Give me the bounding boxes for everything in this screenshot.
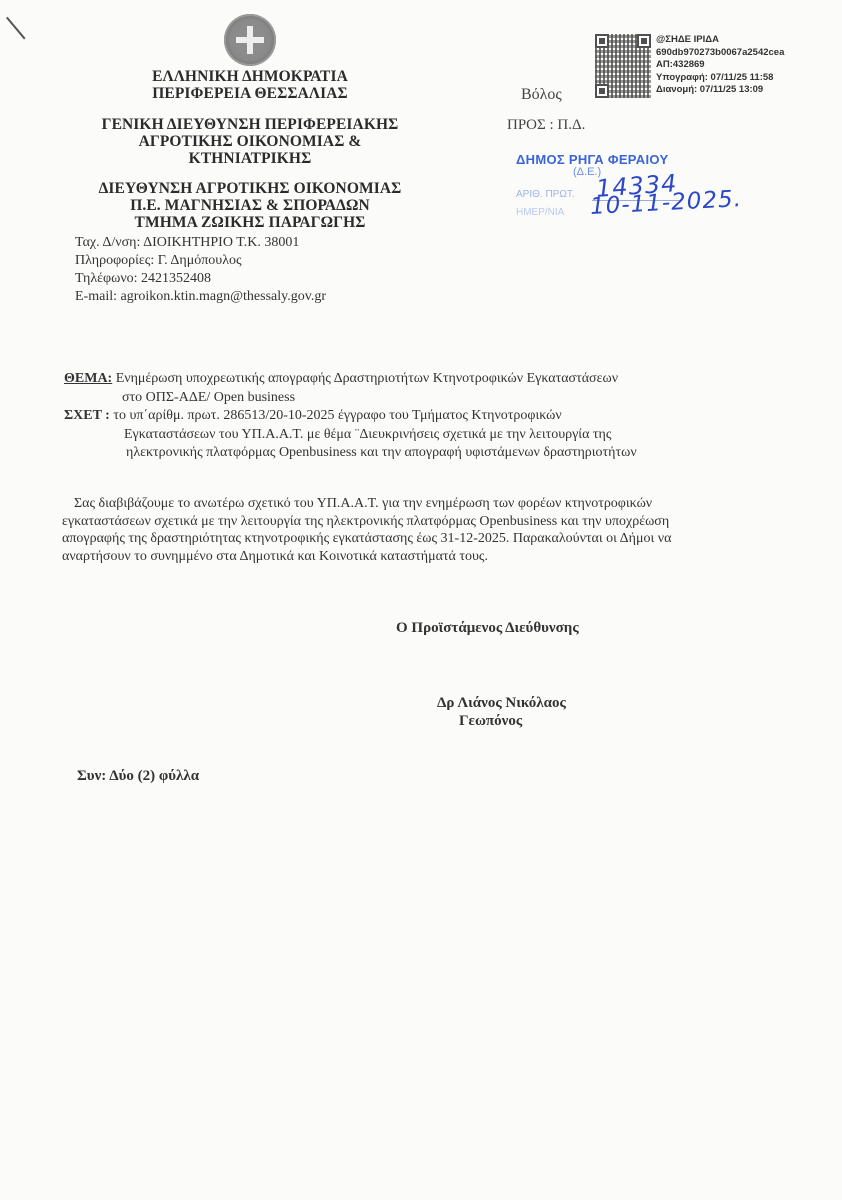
signatory-role: Γεωπόνος (459, 713, 522, 730)
letterhead-line: ΤΜΗΜΑ ΖΩΙΚΗΣ ΠΑΡΑΓΩΓΗΣ (50, 214, 450, 231)
contact-email: E-mail: agroikon.ktin.magn@thessaly.gov.… (75, 288, 326, 306)
reference-row: ΣΧΕΤ : το υπ΄αρίθμ. πρωτ. 286513/20-10-2… (64, 407, 637, 426)
letterhead-state: ΕΛΛΗΝΙΚΗ ΔΗΜΟΚΡΑΤΙΑ ΠΕΡΙΦΕΡΕΙΑ ΘΕΣΣΑΛΙΑΣ (100, 68, 400, 102)
enclosures: Συν: Δύο (2) φύλλα (77, 768, 199, 785)
received-stamp-date-label: ΗΜΕΡ/ΝΙΑ (516, 207, 564, 218)
letterhead-line: ΓΕΝΙΚΗ ΔΙΕΥΘΥΝΣΗ ΠΕΡΙΦΕΡΕΙΑΚΗΣ (50, 116, 450, 133)
body-line: απογραφής της δραστηριότητας κτηνοτροφικ… (62, 530, 797, 548)
signatory-name: Δρ Λιάνος Νικόλαος (437, 695, 566, 712)
received-stamp-title: ΔΗΜΟΣ ΡΗΓΑ ΦΕΡΑΙΟΥ (516, 152, 668, 167)
reference-text: Εγκαταστάσεων του ΥΠ.Α.Α.Τ. με θέμα ¨Διε… (124, 427, 611, 442)
reference-text: ηλεκτρονικής πλατφόρμας Openbusiness και… (126, 445, 637, 460)
reference-row: ηλεκτρονικής πλατφόρμας Openbusiness και… (64, 444, 637, 463)
letterhead-line: ΔΙΕΥΘΥΝΣΗ ΑΓΡΟΤΙΚΗΣ ΟΙΚΟΝΟΜΙΑΣ (50, 180, 450, 197)
letterhead-general-directorate: ΓΕΝΙΚΗ ΔΙΕΥΘΥΝΣΗ ΠΕΡΙΦΕΡΕΙΑΚΗΣ ΑΓΡΟΤΙΚΗΣ… (50, 116, 450, 167)
body-line: αναρτήσουν το συνημμένο στα Δημοτικά και… (62, 548, 797, 566)
reference-row: Εγκαταστάσεων του ΥΠ.Α.Α.Τ. με θέμα ¨Διε… (64, 426, 637, 445)
iris-hash: 690db970273b0067a2542cea (656, 47, 784, 60)
letterhead-line: Π.Ε. ΜΑΓΝΗΣΙΑΣ & ΣΠΟΡΑΔΩΝ (50, 197, 450, 214)
signatory-title: Ο Προϊστάμενος Διεύθυνσης (396, 620, 579, 637)
contact-phone: Τηλέφωνο: 2421352408 (75, 270, 326, 288)
theme-label: ΘΕΜΑ: (64, 371, 112, 386)
received-stamp-protocol-label: ΑΡΙΘ. ΠΡΩΤ. (516, 189, 575, 200)
place: Βόλος (521, 86, 562, 104)
iris-signature-date: Υπογραφή: 07/11/25 11:58 (656, 72, 784, 85)
subject-block: ΘΕΜΑ: Ενημέρωση υποχρεωτικής απογραφής Δ… (64, 370, 637, 463)
iris-stamp: @ΣΗΔΕ ΙΡΙΔΑ 690db970273b0067a2542cea ΑΠ:… (656, 34, 784, 97)
recipient: ΠΡΟΣ : Π.Δ. (507, 117, 585, 134)
letterhead-directorate: ΔΙΕΥΘΥΝΣΗ ΑΓΡΟΤΙΚΗΣ ΟΙΚΟΝΟΜΙΑΣ Π.Ε. ΜΑΓΝ… (50, 180, 450, 231)
letterhead-line: ΕΛΛΗΝΙΚΗ ΔΗΜΟΚΡΑΤΙΑ (100, 68, 400, 85)
letterhead-line: ΑΓΡΟΤΙΚΗΣ ΟΙΚΟΝΟΜΙΑΣ & (50, 133, 450, 150)
body-paragraph: Σας διαβιβάζουμε το ανωτέρω σχετικό του … (62, 495, 797, 565)
reference-label: ΣΧΕΤ : (64, 408, 110, 423)
letterhead-line: ΚΤΗΝΙΑΤΡΙΚΗΣ (50, 150, 450, 167)
contact-block: Ταχ. Δ/νση: ΔΙΟΙΚΗΤΗΡΙΟ Τ.Κ. 38001 Πληρο… (75, 234, 326, 306)
body-line: εγκαταστάσεων σχετικά με την λειτουργία … (62, 513, 797, 531)
reference-text: το υπ΄αρίθμ. πρωτ. 286513/20-10-2025 έγγ… (113, 408, 561, 423)
letterhead-line: ΠΕΡΙΦΕΡΕΙΑ ΘΕΣΣΑΛΙΑΣ (100, 85, 400, 102)
iris-distribution-date: Διανομή: 07/11/25 13:09 (656, 84, 784, 97)
contact-address: Ταχ. Δ/νση: ΔΙΟΙΚΗΤΗΡΙΟ Τ.Κ. 38001 (75, 234, 326, 252)
greek-coat-of-arms-icon (224, 14, 276, 66)
qr-code-icon (595, 34, 651, 98)
theme-text: Ενημέρωση υποχρεωτικής απογραφής Δραστηρ… (116, 371, 618, 386)
contact-info: Πληροφορίες: Γ. Δημόπουλος (75, 252, 326, 270)
body-line: Σας διαβιβάζουμε το ανωτέρω σχετικό του … (62, 495, 797, 513)
iris-protocol: ΑΠ:432869 (656, 59, 784, 72)
theme-row: ΘΕΜΑ: Ενημέρωση υποχρεωτικής απογραφής Δ… (64, 370, 637, 389)
theme-row: στο ΟΠΣ-ΑΔΕ/ Open business (64, 389, 637, 408)
theme-text: στο ΟΠΣ-ΑΔΕ/ Open business (122, 390, 295, 405)
scan-mark (6, 17, 26, 40)
iris-system: @ΣΗΔΕ ΙΡΙΔΑ (656, 34, 784, 47)
